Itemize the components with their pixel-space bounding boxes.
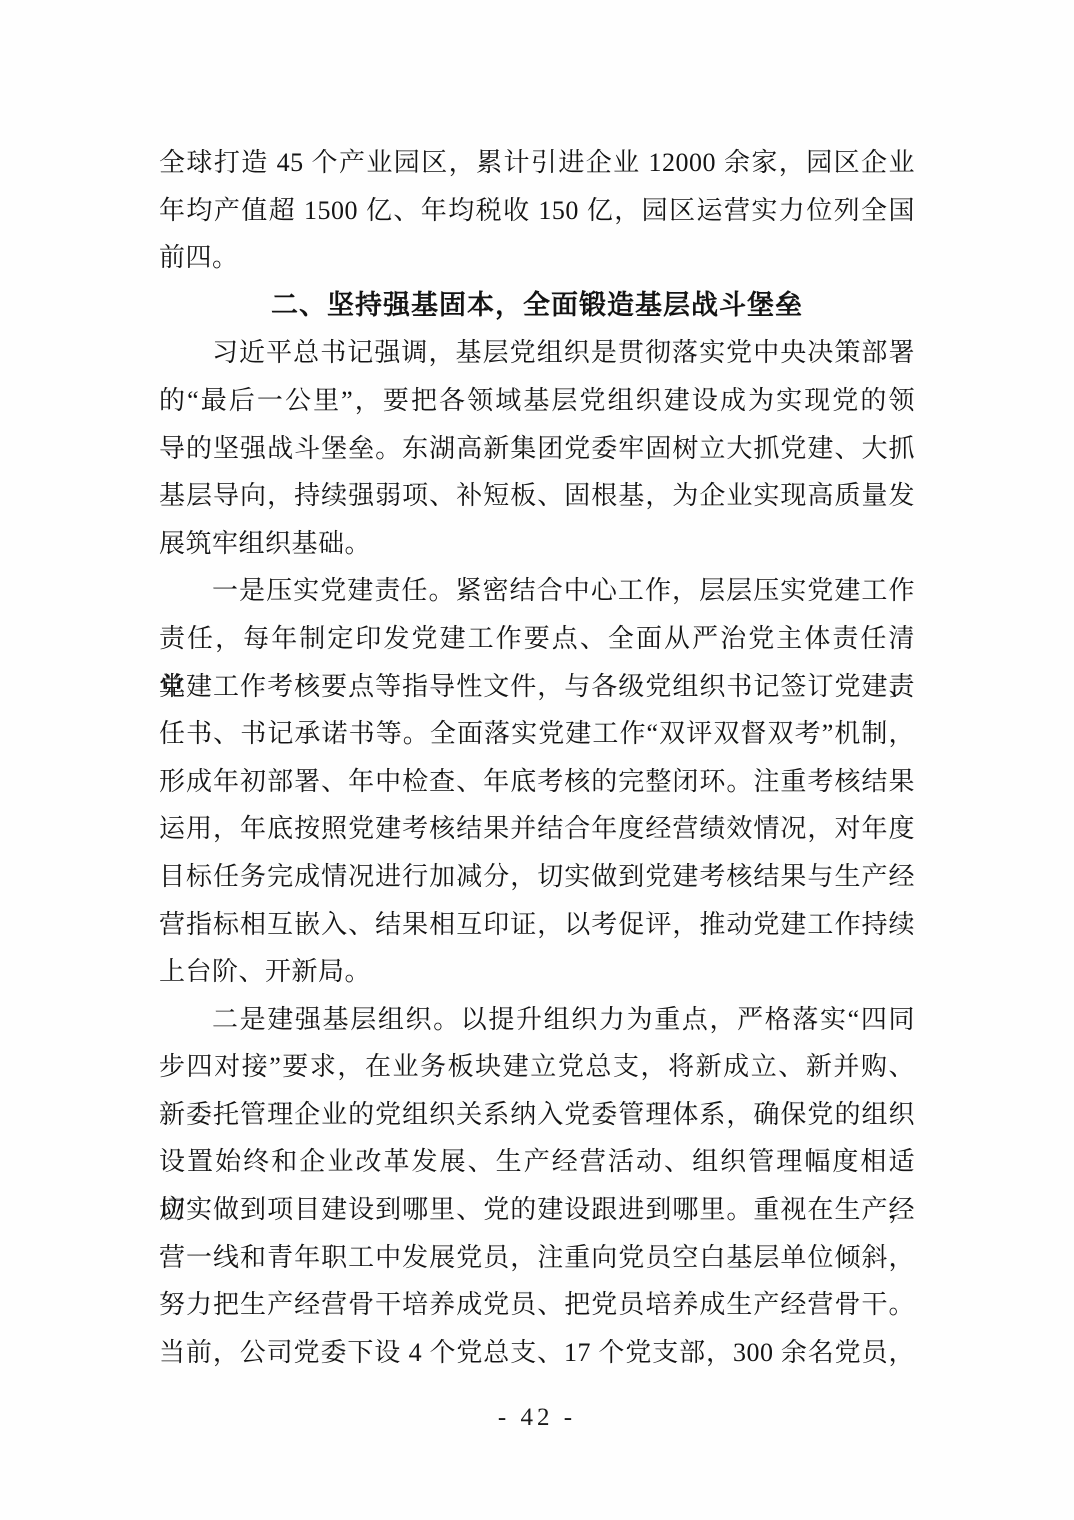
text-line: 的“最后一公里”，要把各领域基层党组织建设成为实现党的领	[159, 377, 915, 425]
text-line: 努力把生产经营骨干培养成党员、把党员培养成生产经营骨干。	[159, 1281, 915, 1329]
text-line: 年均产值超 1500 亿、年均税收 150 亿，园区运营实力位列全国	[159, 187, 915, 235]
text-line: 基层导向，持续强弱项、补短板、固根基，为企业实现高质量发	[159, 472, 915, 520]
page-number: - 42 -	[0, 1404, 1074, 1432]
text-line: 前四。	[159, 234, 915, 282]
text-line: 一是压实党建责任。紧密结合中心工作，层层压实党建工作	[159, 567, 915, 615]
section-heading: 二、坚持强基固本，全面锻造基层战斗堡垒	[159, 282, 915, 330]
text-line: 党建工作考核要点等指导性文件，与各级党组织书记签订党建责	[159, 663, 915, 711]
text-line: 二是建强基层组织。以提升组织力为重点，严格落实“四同	[159, 996, 915, 1044]
text-line: 展筑牢组织基础。	[159, 520, 915, 568]
text-line: 全球打造 45 个产业园区，累计引进企业 12000 余家，园区企业	[159, 139, 915, 187]
text-line: 设置始终和企业改革发展、生产经营活动、组织管理幅度相适应，	[159, 1138, 915, 1186]
text-line: 运用，年底按照党建考核结果并结合年度经营绩效情况，对年度	[159, 805, 915, 853]
text-line: 形成年初部署、年中检查、年底考核的完整闭环。注重考核结果	[159, 758, 915, 806]
text-line: 目标任务完成情况进行加减分，切实做到党建考核结果与生产经	[159, 853, 915, 901]
text-line: 责任，每年制定印发党建工作要点、全面从严治党主体责任清单、	[159, 615, 915, 663]
text-line: 营一线和青年职工中发展党员，注重向党员空白基层单位倾斜，	[159, 1234, 915, 1282]
text-line: 导的坚强战斗堡垒。东湖高新集团党委牢固树立大抓党建、大抓	[159, 425, 915, 473]
text-line: 当前，公司党委下设 4 个党总支、17 个党支部，300 余名党员，	[159, 1329, 915, 1377]
document-body: 全球打造 45 个产业园区，累计引进企业 12000 余家，园区企业年均产值超 …	[159, 139, 915, 1376]
text-line: 任书、书记承诺书等。全面落实党建工作“双评双督双考”机制，	[159, 710, 915, 758]
document-page: 全球打造 45 个产业园区，累计引进企业 12000 余家，园区企业年均产值超 …	[0, 0, 1074, 1520]
text-line: 步四对接”要求，在业务板块建立党总支，将新成立、新并购、	[159, 1043, 915, 1091]
text-line: 上台阶、开新局。	[159, 948, 915, 996]
text-line: 切实做到项目建设到哪里、党的建设跟进到哪里。重视在生产经	[159, 1186, 915, 1234]
text-line: 营指标相互嵌入、结果相互印证，以考促评，推动党建工作持续	[159, 901, 915, 949]
text-line: 新委托管理企业的党组织关系纳入党委管理体系，确保党的组织	[159, 1091, 915, 1139]
text-line: 习近平总书记强调，基层党组织是贯彻落实党中央决策部署	[159, 329, 915, 377]
